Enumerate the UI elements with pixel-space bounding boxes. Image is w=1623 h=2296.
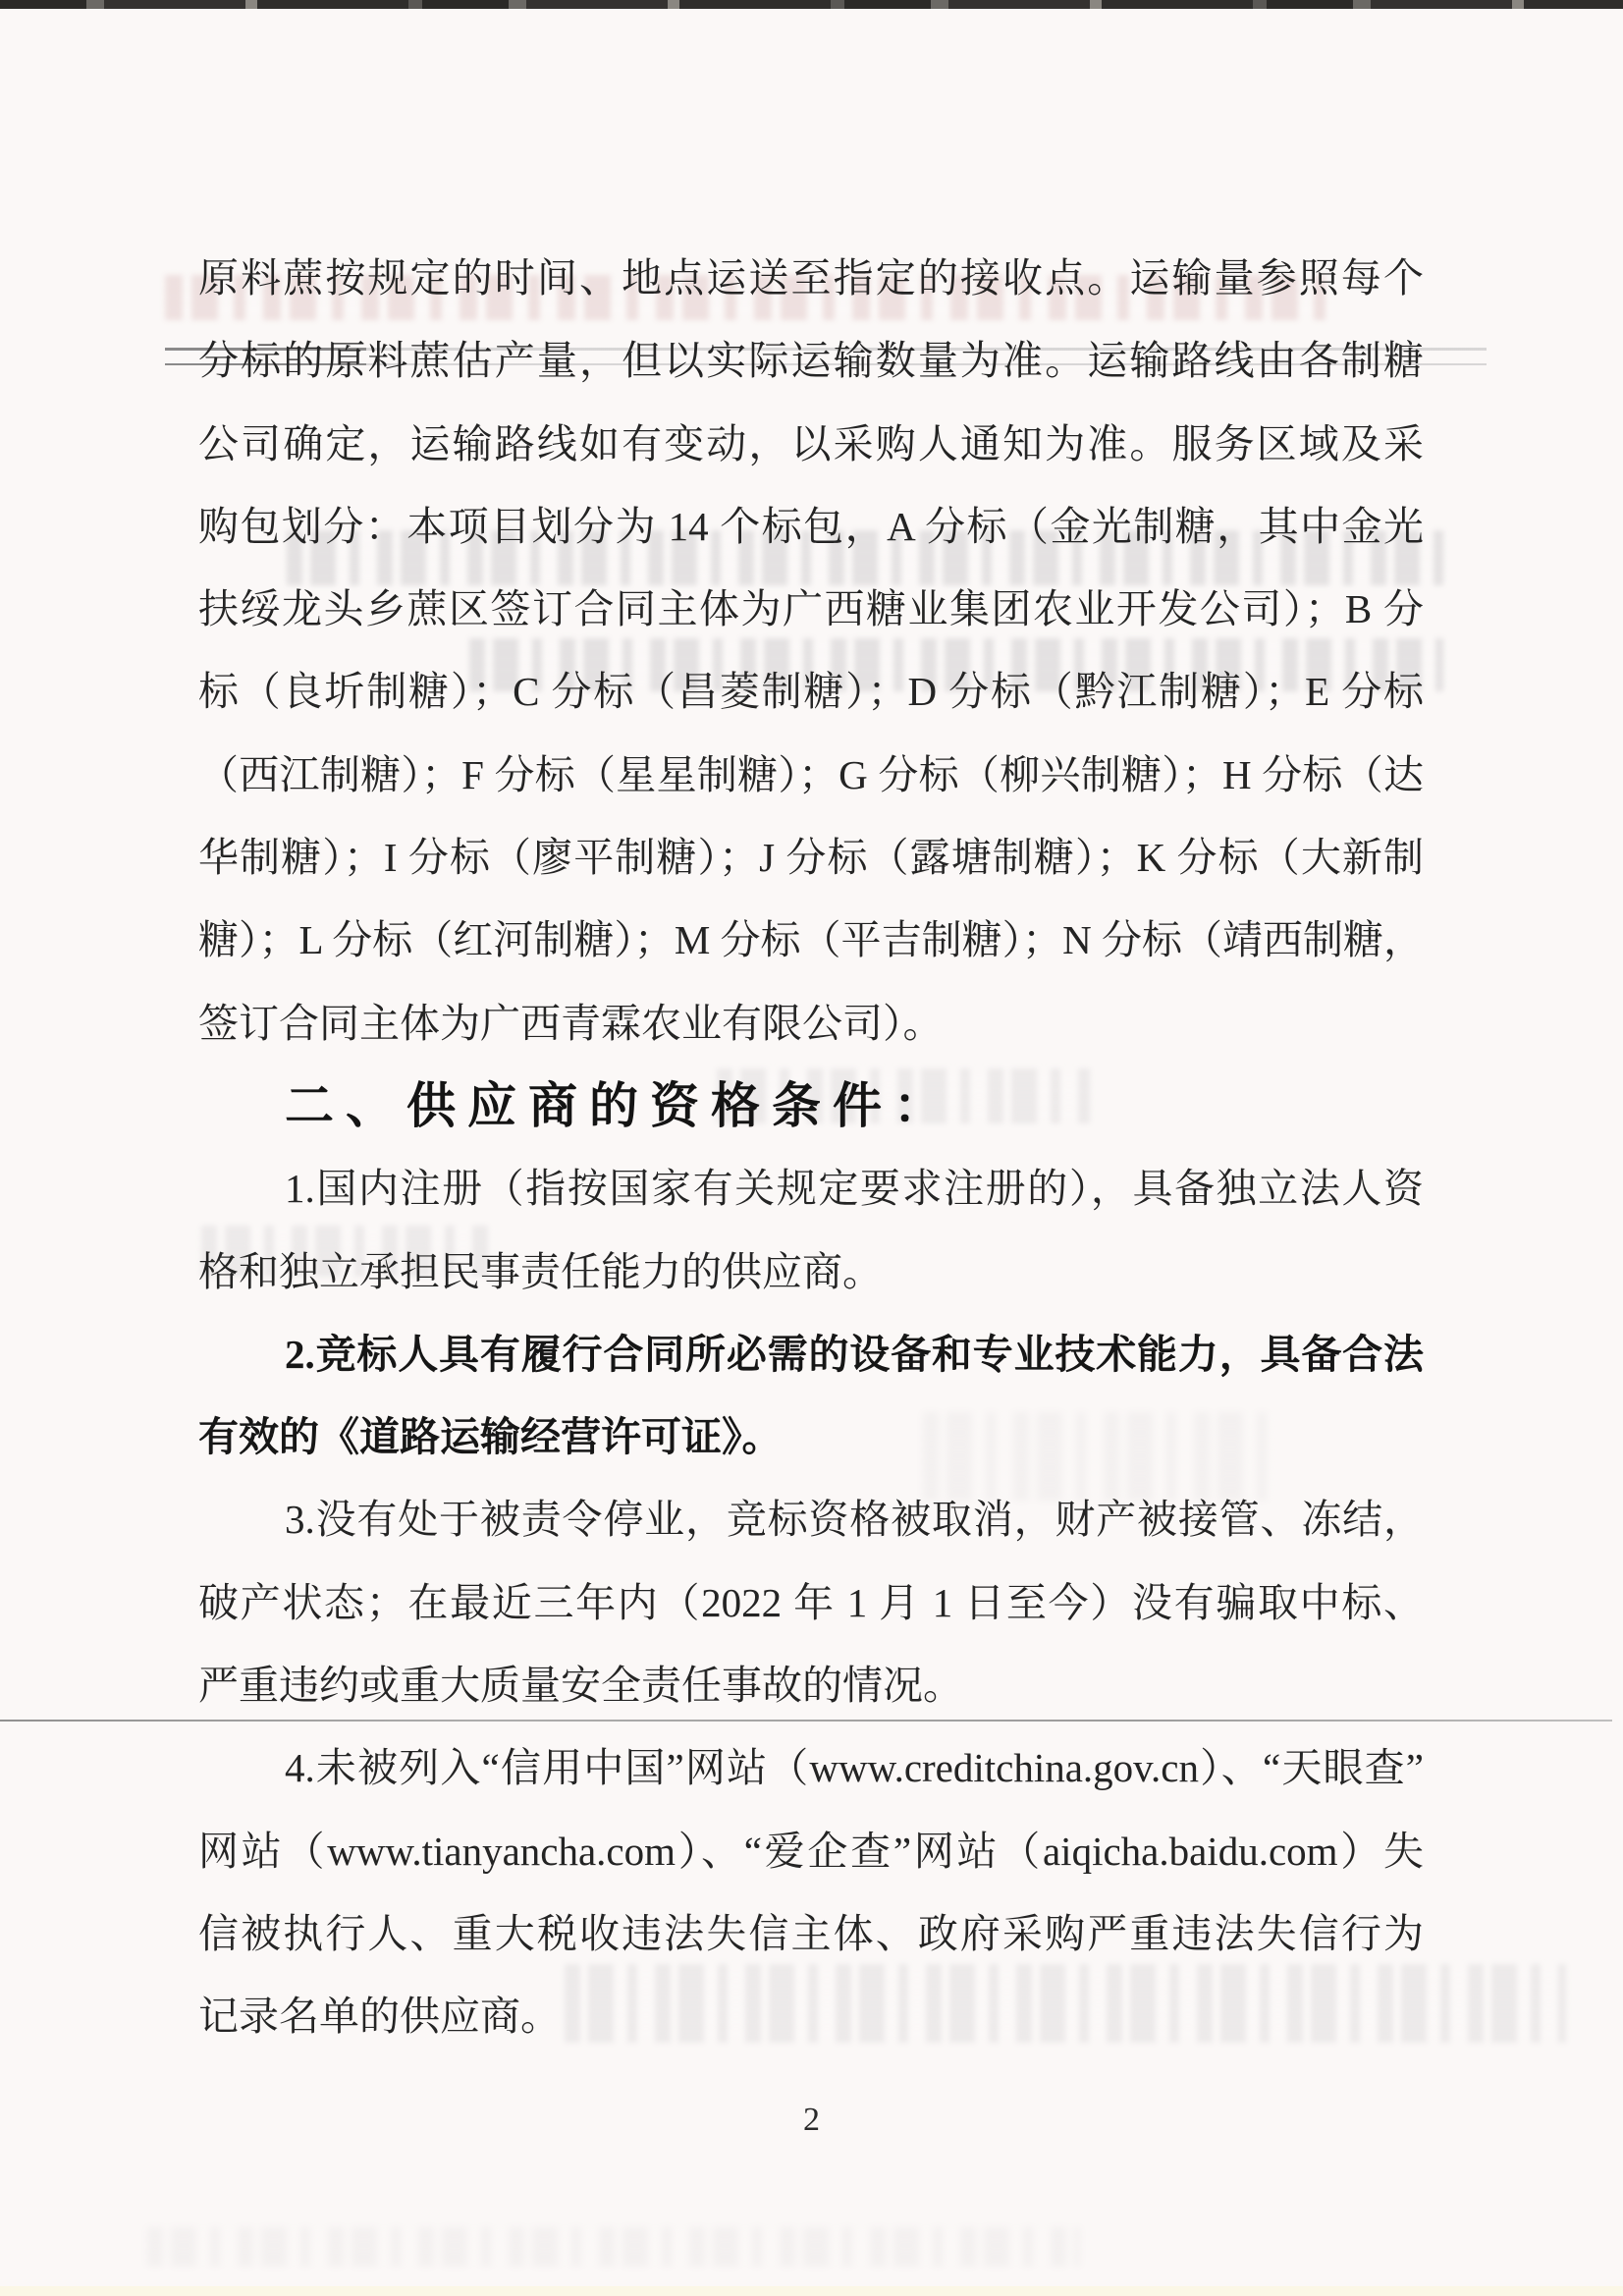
item-4-line-1: 4.未被列入“信用中国”网站（www.creditchina.gov.cn）、“…: [198, 1726, 1424, 1809]
doc-line-07: （西江制糖）；F 分标（星星制糖）；G 分标（柳兴制糖）；H 分标（达: [198, 734, 1424, 816]
scanned-document-page: 原料蔗按规定的时间、地点运送至指定的接收点。运输量参照每个 分标的原料蔗估产量，…: [0, 0, 1623, 2296]
item-4-line-4: 记录名单的供应商。: [198, 1975, 1424, 2057]
item-3-line-2: 破产状态；在最近三年内（2022 年 1 月 1 日至今）没有骗取中标、: [198, 1561, 1424, 1644]
item-4-line-3: 信被执行人、重大税收违法失信主体、政府采购严重违法失信行为: [198, 1892, 1424, 1975]
section-2-heading: 二、供应商的资格条件：: [198, 1065, 1424, 1147]
bleedthrough-text-artifact-7: [147, 2227, 1080, 2267]
page-number: 2: [0, 2102, 1623, 2139]
item-1-line-2: 格和独立承担民事责任能力的供应商。: [198, 1230, 1424, 1313]
item-2-line-2: 有效的《道路运输经营许可证》。: [198, 1395, 1424, 1478]
doc-line-06: 标（良圻制糖）；C 分标（昌菱制糖）；D 分标（黔江制糖）；E 分标: [198, 650, 1424, 733]
doc-line-08: 华制糖）；I 分标（廖平制糖）；J 分标（露塘制糖）；K 分标（大新制: [198, 816, 1424, 899]
scan-edge-artifact: [0, 0, 1623, 9]
item-2-line-1: 2.竞标人具有履行合同所必需的设备和专业技术能力，具备合法: [198, 1313, 1424, 1395]
document-body: 原料蔗按规定的时间、地点运送至指定的接收点。运输量参照每个 分标的原料蔗估产量，…: [198, 237, 1424, 2058]
doc-line-02: 分标的原料蔗估产量，但以实际运输数量为准。运输路线由各制糖: [198, 319, 1424, 402]
doc-line-10: 签订合同主体为广西青霖农业有限公司）。: [198, 982, 1424, 1065]
item-3-line-1: 3.没有处于被责令停业，竞标资格被取消，财产被接管、冻结，: [198, 1478, 1424, 1560]
item-4-line-2: 网站（www.tianyancha.com）、“爱企查”网站（aiqicha.b…: [198, 1810, 1424, 1892]
doc-line-09: 糖）；L 分标（红河制糖）；M 分标（平吉制糖）；N 分标（靖西制糖，: [198, 899, 1424, 981]
doc-line-01: 原料蔗按规定的时间、地点运送至指定的接收点。运输量参照每个: [198, 237, 1424, 319]
item-3-line-3: 严重违约或重大质量安全责任事故的情况。: [198, 1644, 1424, 1726]
doc-line-03: 公司确定，运输路线如有变动，以采购人通知为准。服务区域及采: [198, 403, 1424, 485]
scan-bottom-edge-artifact: [0, 2286, 1623, 2296]
doc-line-04: 购包划分：本项目划分为 14 个标包，A 分标（金光制糖，其中金光: [198, 485, 1424, 568]
doc-line-05: 扶绥龙头乡蔗区签订合同主体为广西糖业集团农业开发公司）；B 分: [198, 568, 1424, 650]
item-1-line-1: 1.国内注册（指按国家有关规定要求注册的），具备独立法人资: [198, 1147, 1424, 1230]
